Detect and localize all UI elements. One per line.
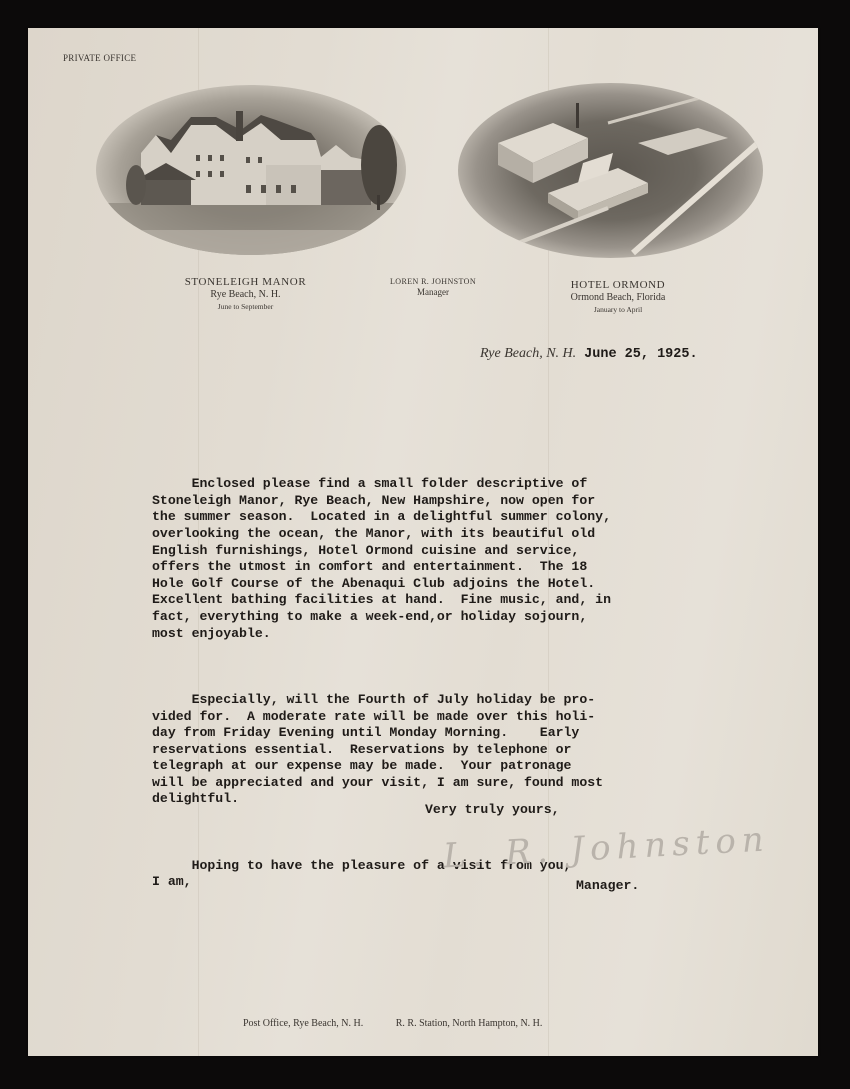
text-line: fact, everything to make a week-end,or h… (152, 609, 611, 626)
letterhead-footer: Post Office, Rye Beach, N. H. R. R. Stat… (243, 1018, 542, 1029)
text-line: reservations essential. Reservations by … (152, 742, 611, 759)
text-line: telegraph at our expense may be made. Yo… (152, 758, 611, 775)
text-line: overlooking the ocean, the Manor, with i… (152, 526, 611, 543)
signer-title: Manager. (576, 878, 639, 893)
stoneleigh-manor-image (96, 85, 406, 255)
hotel-season: January to April (533, 305, 703, 314)
hotel-location: Ormond Beach, Florida (533, 292, 703, 303)
text-line: vided for. A moderate rate will be made … (152, 709, 611, 726)
hotel-aerial-icon (458, 83, 763, 258)
manager-title: Manager (368, 287, 498, 297)
hotel-location: Rye Beach, N. H. (168, 289, 323, 300)
manager-name: LOREN R. JOHNSTON (368, 277, 498, 286)
text-line: offers the utmost in comfort and enterta… (152, 559, 611, 576)
text-line: Enclosed please find a small folder desc… (152, 476, 611, 493)
stoneleigh-manor-block: STONELEIGH MANOR Rye Beach, N. H. June t… (168, 276, 323, 311)
paragraph-1: Enclosed please find a small folder desc… (152, 476, 611, 642)
text-line: will be appreciated and your visit, I am… (152, 775, 611, 792)
hotel-season: June to September (168, 302, 323, 311)
text-line: day from Friday Evening until Monday Mor… (152, 725, 611, 742)
text-line: Excellent bathing facilities at hand. Fi… (152, 592, 611, 609)
dateline-city: Rye Beach, N. H. (480, 346, 576, 361)
private-office-label: PRIVATE OFFICE (63, 53, 136, 63)
text-line: I am, (152, 874, 611, 891)
hotel-name: STONELEIGH MANOR (168, 276, 323, 288)
manager-block: LOREN R. JOHNSTON Manager (368, 277, 498, 297)
dateline-date: June 25, 1925. (584, 347, 697, 362)
hotel-ormond-block: HOTEL ORMOND Ormond Beach, Florida Janua… (533, 279, 703, 314)
text-line: the summer season. Located in a delightf… (152, 509, 611, 526)
post-office-address: Post Office, Rye Beach, N. H. (243, 1018, 363, 1029)
text-line: Hole Golf Course of the Abenaqui Club ad… (152, 576, 611, 593)
text-line: English furnishings, Hotel Ormond cuisin… (152, 543, 611, 560)
railroad-station-address: R. R. Station, North Hampton, N. H. (396, 1018, 543, 1029)
paragraph-2: Especially, will the Fourth of July holi… (152, 692, 611, 808)
valediction: Very truly yours, (425, 802, 560, 817)
hotel-ormond-image (458, 83, 763, 258)
text-line: Stoneleigh Manor, Rye Beach, New Hampshi… (152, 493, 611, 510)
hotel-name: HOTEL ORMOND (533, 279, 703, 291)
manor-building-icon (96, 85, 406, 255)
dateline: Rye Beach, N. H. June 25, 1925. (480, 344, 698, 362)
text-line: Especially, will the Fourth of July holi… (152, 692, 611, 709)
text-line: most enjoyable. (152, 626, 611, 643)
letter-page: PRIVATE OFFICE (28, 28, 818, 1056)
